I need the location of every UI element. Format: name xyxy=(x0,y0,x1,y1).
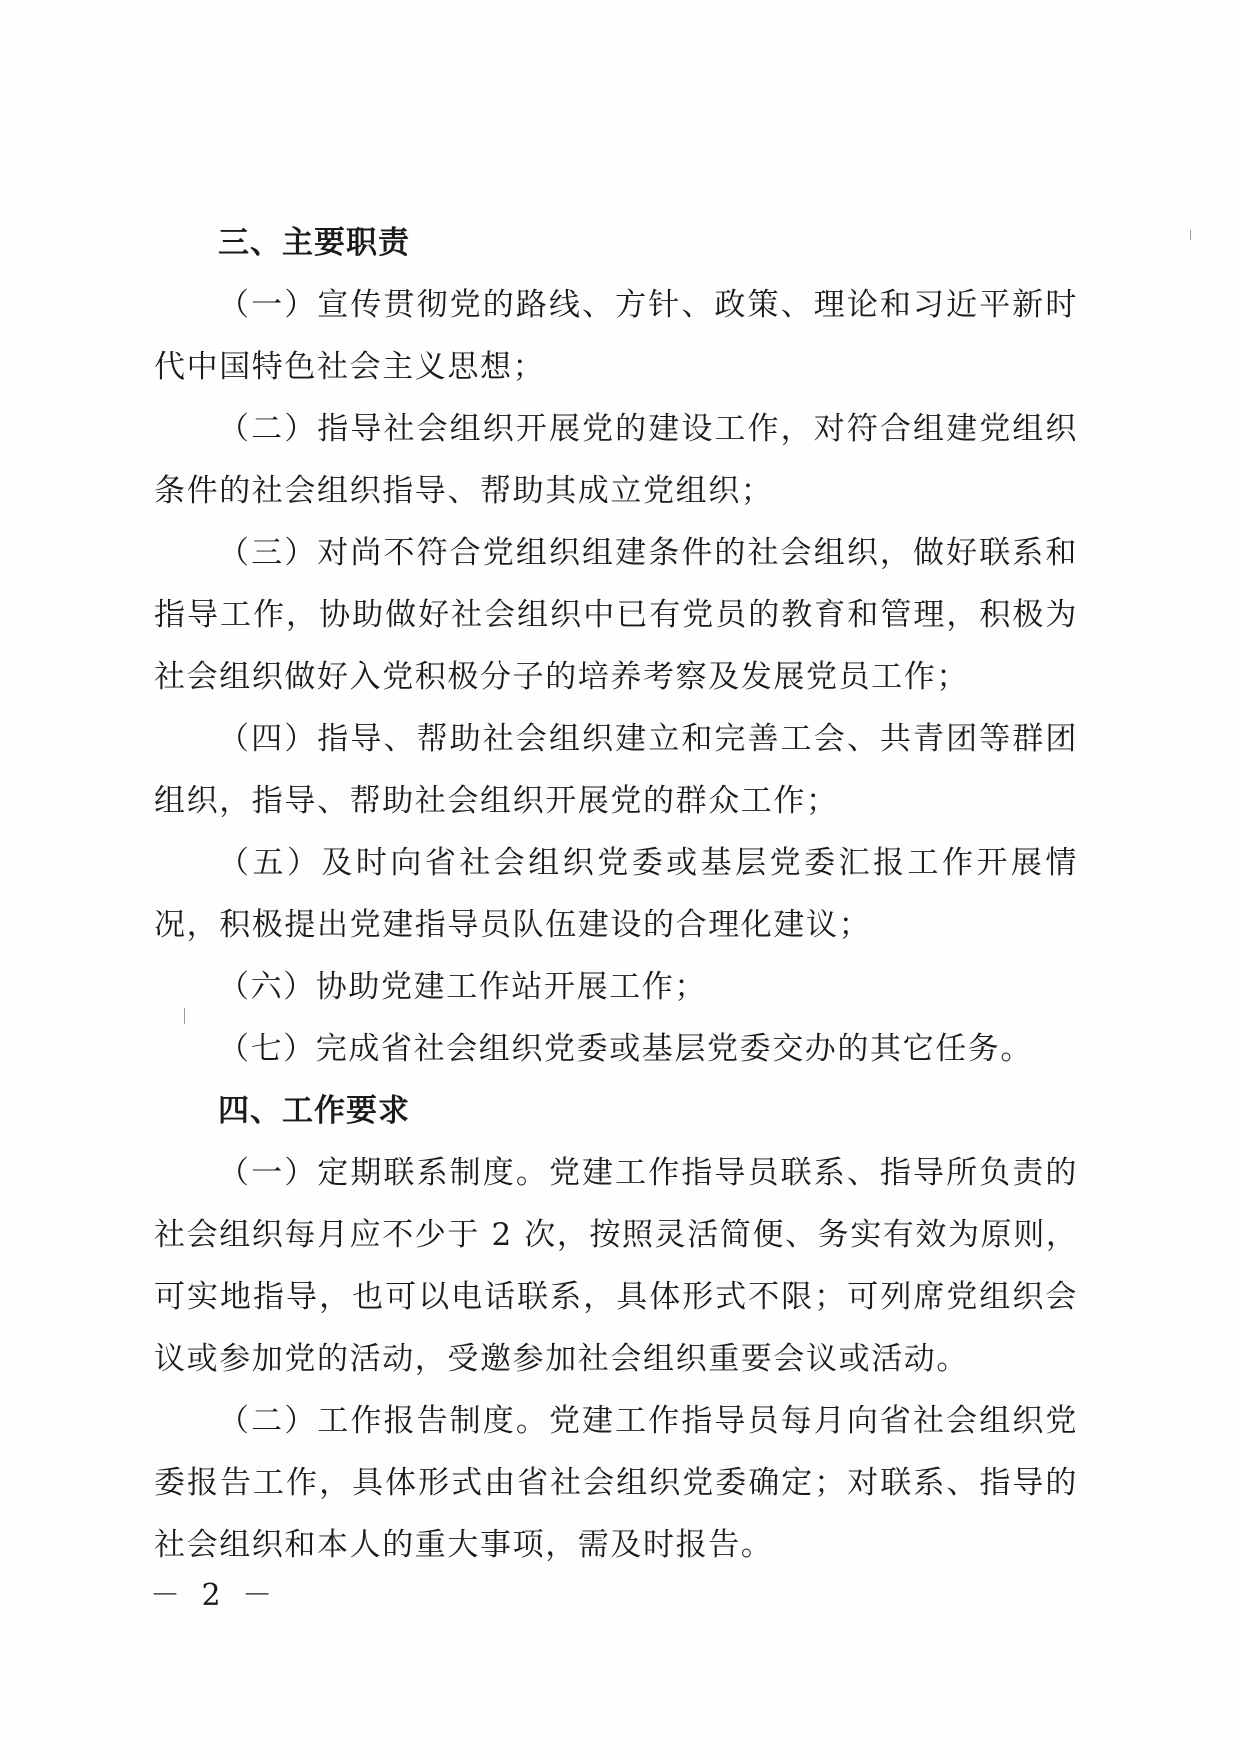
scan-mark-right-top xyxy=(1190,230,1191,240)
duty-2-line-2: 条件的社会组织指导、帮助其成立党组织； xyxy=(154,460,1078,522)
duty-4-line-2: 组织，指导、帮助社会组织开展党的群众工作； xyxy=(154,770,1078,832)
duty-7-line-1: （七）完成省社会组织党委或基层党委交办的其它任务。 xyxy=(154,1018,1078,1080)
page-number: － 2 － xyxy=(150,1570,278,1614)
duty-3-line-3: 社会组织做好入党积极分子的培养考察及发展党员工作； xyxy=(154,646,1078,708)
duty-5-line-1: （五）及时向省社会组织党委或基层党委汇报工作开展情 xyxy=(154,832,1078,894)
requirement-1-line-1: （一）定期联系制度。党建工作指导员联系、指导所负责的 xyxy=(154,1142,1078,1204)
requirement-1-line-2: 社会组织每月应不少于 2 次，按照灵活简便、务实有效为原则， xyxy=(154,1204,1078,1266)
duty-3-line-2: 指导工作，协助做好社会组织中已有党员的教育和管理，积极为 xyxy=(154,584,1078,646)
duty-1-line-1: （一）宣传贯彻党的路线、方针、政策、理论和习近平新时 xyxy=(154,274,1078,336)
document-body: 三、主要职责 （一）宣传贯彻党的路线、方针、政策、理论和习近平新时 代中国特色社… xyxy=(154,212,1078,1576)
requirement-2-line-2: 委报告工作，具体形式由省社会组织党委确定；对联系、指导的 xyxy=(154,1452,1078,1514)
requirement-1-line-4: 议或参加党的活动，受邀参加社会组织重要会议或活动。 xyxy=(154,1328,1078,1390)
duty-1-line-2: 代中国特色社会主义思想； xyxy=(154,336,1078,398)
requirement-2-line-1: （二）工作报告制度。党建工作指导员每月向省社会组织党 xyxy=(154,1390,1078,1452)
duty-5-line-2: 况，积极提出党建指导员队伍建设的合理化建议； xyxy=(154,894,1078,956)
requirement-1-line-3: 可实地指导，也可以电话联系，具体形式不限；可列席党组织会 xyxy=(154,1266,1078,1328)
duty-2-line-1: （二）指导社会组织开展党的建设工作，对符合组建党组织 xyxy=(154,398,1078,460)
requirement-2-line-3: 社会组织和本人的重大事项，需及时报告。 xyxy=(154,1514,1078,1576)
section-heading-work-requirements: 四、工作要求 xyxy=(154,1080,1078,1142)
duty-3-line-1: （三）对尚不符合党组织组建条件的社会组织，做好联系和 xyxy=(154,522,1078,584)
document-page: 三、主要职责 （一）宣传贯彻党的路线、方针、政策、理论和习近平新时 代中国特色社… xyxy=(0,0,1240,1754)
duty-4-line-1: （四）指导、帮助社会组织建立和完善工会、共青团等群团 xyxy=(154,708,1078,770)
scan-mark-left xyxy=(184,1008,185,1024)
section-heading-main-duties: 三、主要职责 xyxy=(154,212,1078,274)
duty-6-line-1: （六）协助党建工作站开展工作； xyxy=(154,956,1078,1018)
